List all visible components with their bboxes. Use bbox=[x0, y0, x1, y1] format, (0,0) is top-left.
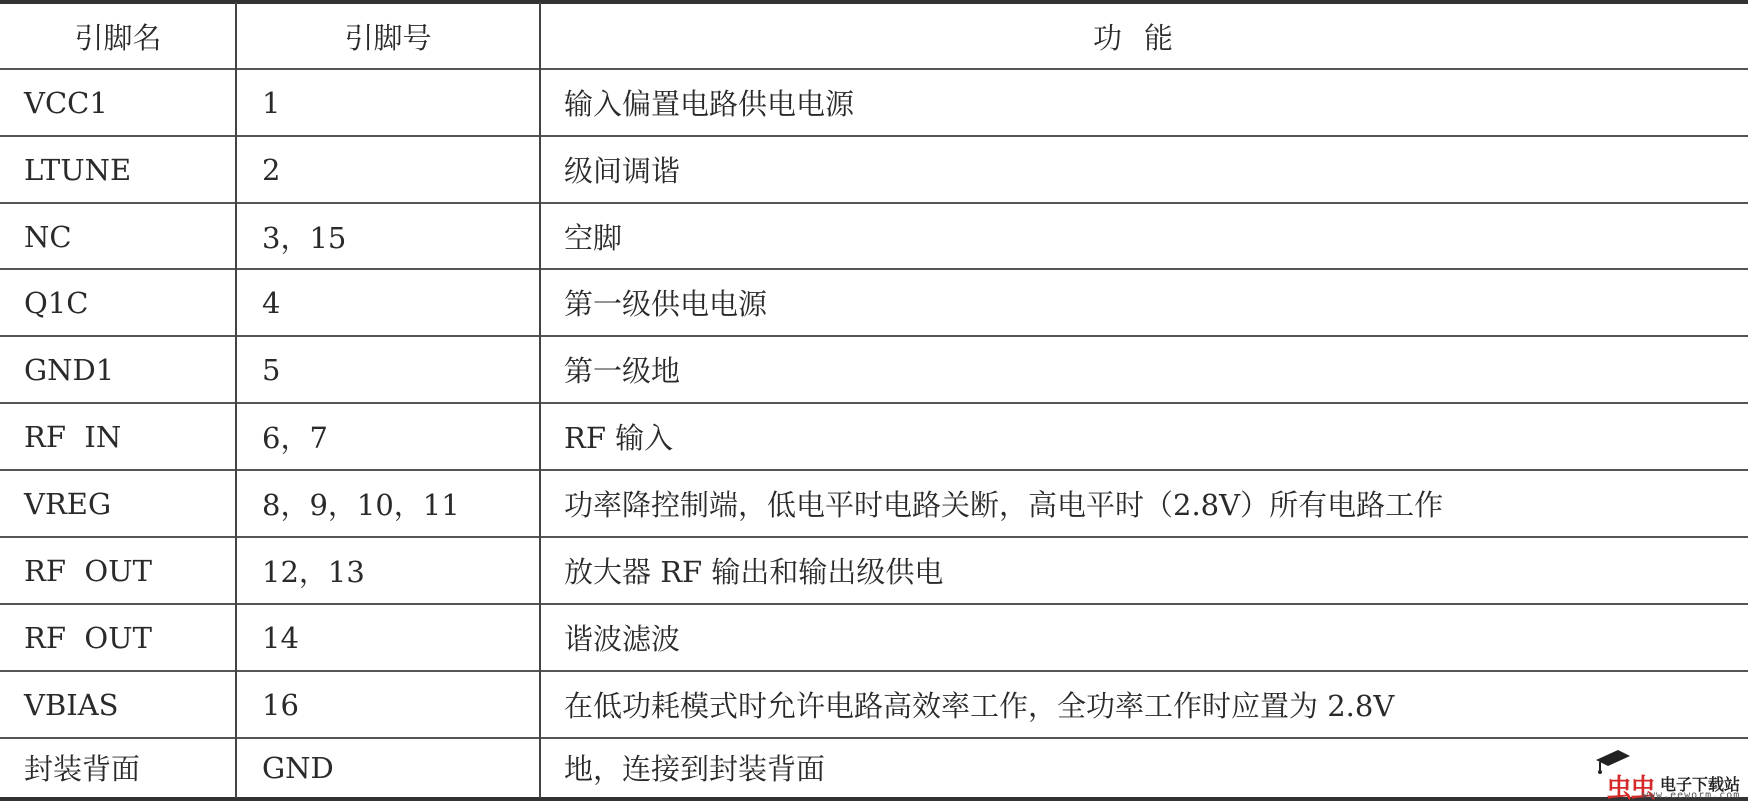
pin-number: 3，15 bbox=[262, 203, 538, 270]
pin-number: 8，9，10，11 bbox=[262, 470, 538, 537]
pin-function-table: 引脚名 引脚号 功能 VCC1 1 输入偏置电路供电电源 LTUNE 2 级间调… bbox=[0, 0, 1748, 800]
table-bottom-rule bbox=[0, 797, 1748, 801]
pin-number: 4 bbox=[262, 269, 538, 336]
pin-name: 封装背面 bbox=[24, 738, 234, 797]
header-pin-name: 引脚名 bbox=[0, 3, 236, 70]
pin-function: RF 输入 bbox=[564, 403, 1734, 470]
pin-function: 谐波滤波 bbox=[564, 604, 1734, 671]
pin-number: 16 bbox=[262, 671, 538, 738]
watermark: 虫虫 电子下载站 www.eeworm.com bbox=[1592, 748, 1742, 798]
table-header: 引脚名 引脚号 功能 bbox=[0, 3, 1748, 70]
pin-function: 级间调谐 bbox=[564, 136, 1734, 203]
pin-function: 第一级供电电源 bbox=[564, 269, 1734, 336]
table-row: Q1C 4 第一级供电电源 bbox=[0, 269, 1748, 336]
table-row: GND1 5 第一级地 bbox=[0, 336, 1748, 403]
pin-function: 第一级地 bbox=[564, 336, 1734, 403]
watermark-url: www.eeworm.com bbox=[1642, 790, 1740, 801]
table-row: LTUNE 2 级间调谐 bbox=[0, 136, 1748, 203]
table-row: RF OUT 12，13 放大器 RF 输出和输出级供电 bbox=[0, 537, 1748, 604]
pin-name: VCC1 bbox=[24, 69, 234, 136]
table-row: 封装背面 GND 地，连接到封装背面 bbox=[0, 738, 1748, 797]
pin-name: RF OUT bbox=[24, 604, 234, 671]
pin-number: GND bbox=[262, 738, 538, 797]
pin-function: 放大器 RF 输出和输出级供电 bbox=[564, 537, 1734, 604]
table-row: VCC1 1 输入偏置电路供电电源 bbox=[0, 69, 1748, 136]
pin-number: 6，7 bbox=[262, 403, 538, 470]
pin-function: 输入偏置电路供电电源 bbox=[564, 69, 1734, 136]
pin-number: 12，13 bbox=[262, 537, 538, 604]
pin-name: VREG bbox=[24, 470, 234, 537]
pin-name: Q1C bbox=[24, 269, 234, 336]
pin-number: 5 bbox=[262, 336, 538, 403]
pin-name: GND1 bbox=[24, 336, 234, 403]
header-function: 功能 bbox=[540, 3, 1748, 70]
table-row: RF OUT 14 谐波滤波 bbox=[0, 604, 1748, 671]
table-row: VREG 8，9，10，11 功率降控制端，低电平时电路关断，高电平时（2.8V… bbox=[0, 470, 1748, 537]
pin-number: 1 bbox=[262, 69, 538, 136]
pin-name: RF OUT bbox=[24, 537, 234, 604]
table-row: NC 3，15 空脚 bbox=[0, 203, 1748, 270]
pin-function: 空脚 bbox=[564, 203, 1734, 270]
header-pin-number: 引脚号 bbox=[236, 3, 540, 70]
pin-function: 在低功耗模式时允许电路高效率工作，全功率工作时应置为 2.8V bbox=[564, 671, 1734, 738]
pin-number: 2 bbox=[262, 136, 538, 203]
pin-name: LTUNE bbox=[24, 136, 234, 203]
pin-function: 功率降控制端，低电平时电路关断，高电平时（2.8V）所有电路工作 bbox=[564, 470, 1734, 537]
pin-name: NC bbox=[24, 203, 234, 270]
table-row: RF IN 6，7 RF 输入 bbox=[0, 403, 1748, 470]
pin-number: 14 bbox=[262, 604, 538, 671]
pin-name: RF IN bbox=[24, 403, 234, 470]
table-row: VBIAS 16 在低功耗模式时允许电路高效率工作，全功率工作时应置为 2.8V bbox=[0, 671, 1748, 738]
pin-function: 地，连接到封装背面 bbox=[564, 738, 1734, 797]
pin-name: VBIAS bbox=[24, 671, 234, 738]
